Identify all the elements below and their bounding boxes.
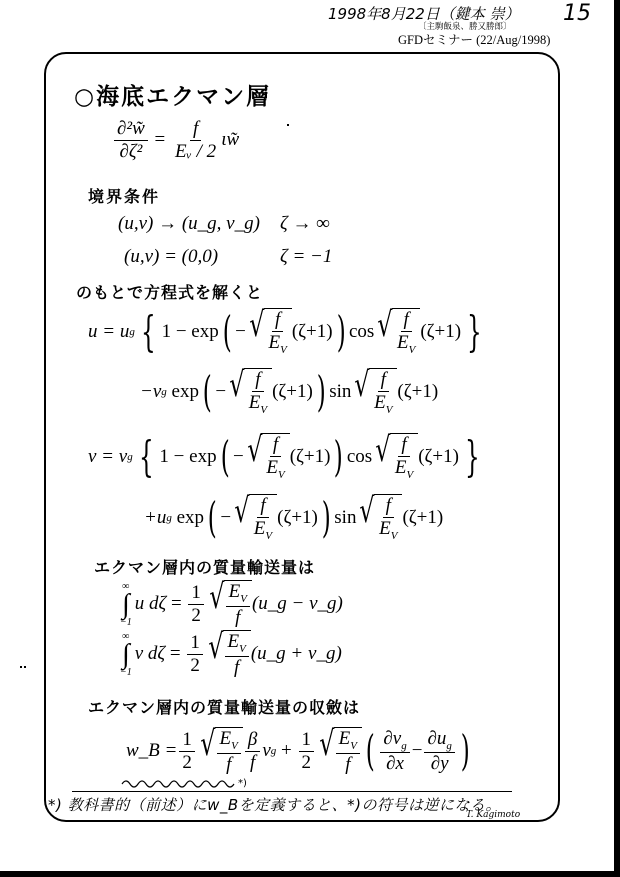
page-edge-right [614,0,620,877]
handwritten-footnote: *) 教科書的（前述）にw_Bを定義すると、*)の符号は逆になる。 [48,794,501,815]
speck [20,666,22,668]
solve-heading: のもとで方程式を解くと [76,280,263,303]
boundary-heading: 境界条件 [88,184,160,207]
transport-u-integral: ∞∫−1 u dζ = 12 √EVf (u_g − v_g) [120,580,343,628]
rhs-fraction: f Eᵥ / 2 [172,118,219,163]
svg-text:*): *) [238,778,247,789]
u-solution-line-1: u = ug { 1 − exp ( − √fEV (ζ+1) ) cos √f… [88,308,488,356]
separator-line [72,791,512,792]
u-solution-line-2: −vg exp ( − √fEV (ζ+1) ) sin √fEV (ζ+1) [140,368,438,416]
lhs-fraction: ∂²w̃ ∂ζ² [114,118,148,163]
seminar-label: GFDセミナー (22/Aug/1998) [398,30,550,48]
handwritten-underline-squiggle: *) [120,770,260,790]
convergence-equation: w_B = 12 √EVf βf vg + 12 √EVf ( ∂vg∂x − … [126,727,473,775]
page-number: 15 [563,1,591,26]
v-solution-line-2: +ug exp ( − √fEV (ζ+1) ) sin √fEV (ζ+1) [144,494,443,542]
sqrt-f-over-ev: √fEV [246,308,292,356]
boundary-condition-1: (u,v) → (u_g, v_g) ζ → ∞ [118,213,330,235]
v-solution-line-1: v = vg { 1 − exp ( − √fEV (ζ+1) ) cos √f… [88,433,486,481]
slide-title: ○海底エクマン層 [74,78,271,111]
convergence-heading: エクマン層内の質量輸送量の収斂は [88,695,360,718]
speck [287,124,289,126]
governing-equation: ∂²w̃ ∂ζ² = f Eᵥ / 2 ιw̃ [112,118,239,163]
speck [24,666,26,668]
page-edge-bottom [0,871,620,877]
signature: T. Kagimoto [466,810,520,820]
transport-v-integral: ∞∫−1 v dζ = 12 √EVf (u_g + v_g) [120,630,342,678]
boundary-condition-2: (u,v) = (0,0) ζ = −1 [124,246,332,268]
transport-heading: エクマン層内の質量輸送量は [94,555,315,578]
